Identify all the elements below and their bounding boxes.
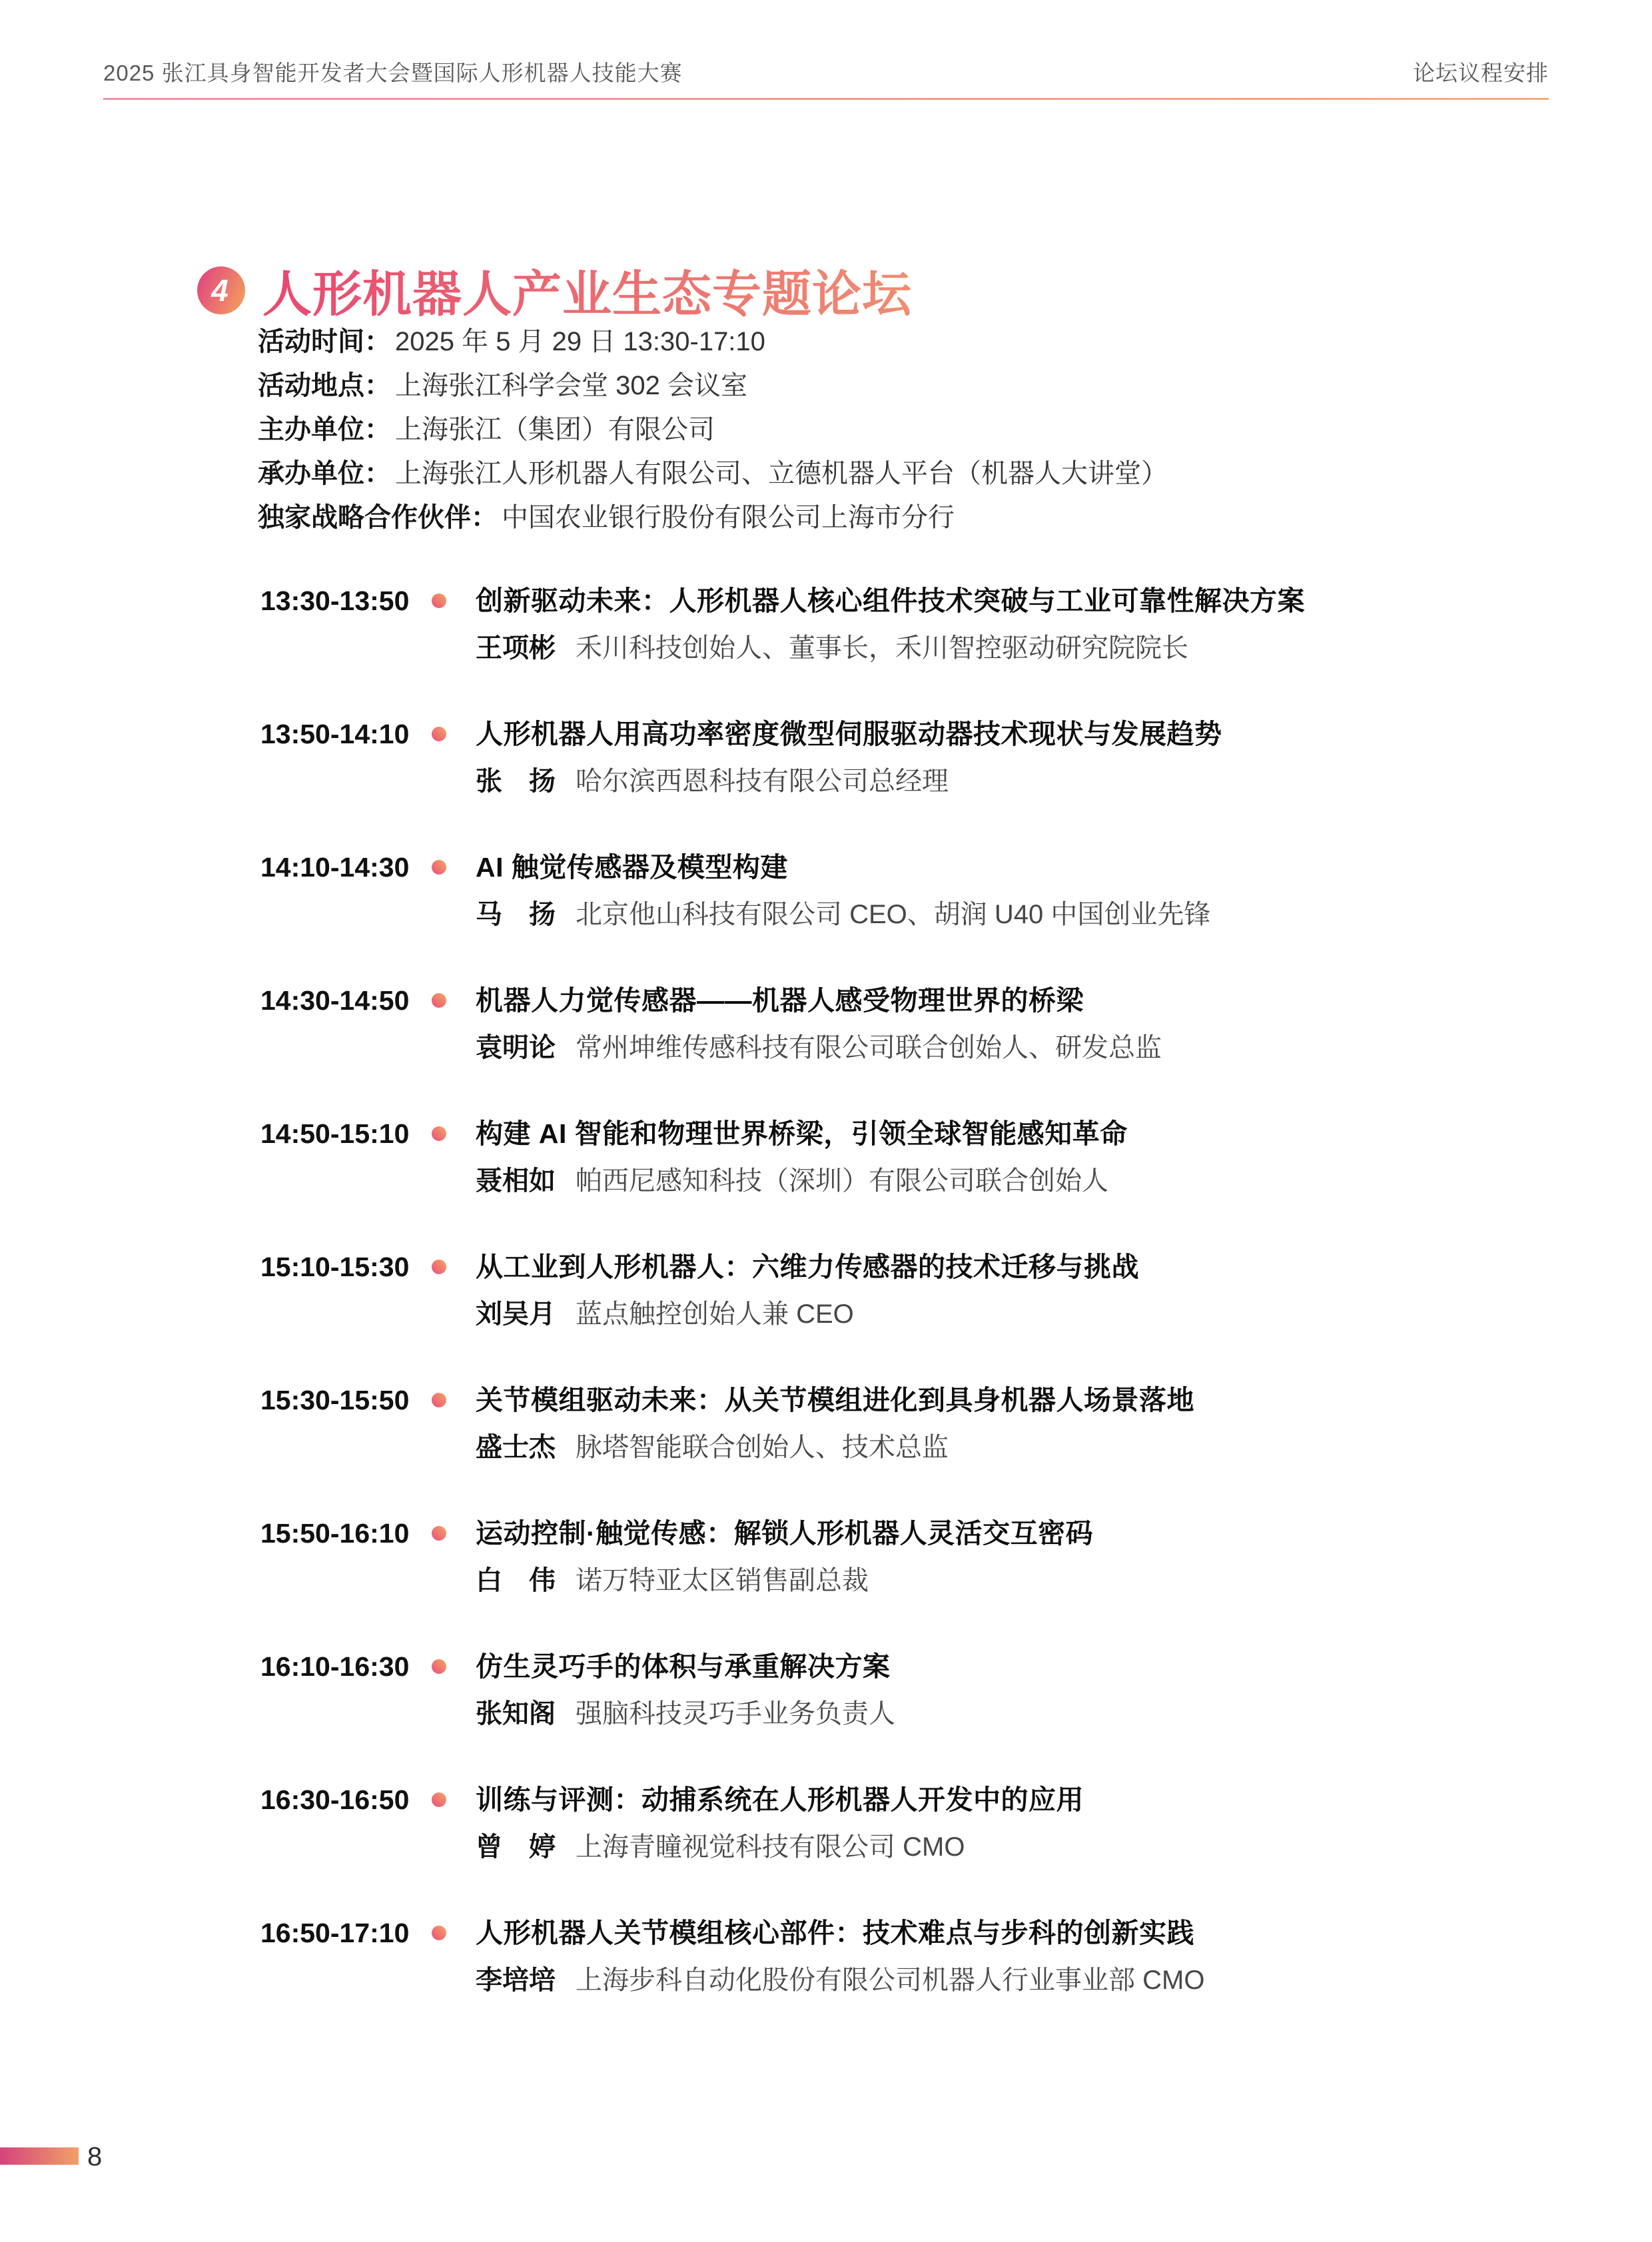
speaker-name: 聂相如 <box>476 1166 556 1196</box>
bullet-dot-icon <box>432 993 446 1008</box>
bullet-dot-icon <box>432 1659 446 1674</box>
meta-value: 2025 年 5 月 29 日 13:30-17:10 <box>395 327 765 356</box>
speaker-name: 张知阁 <box>476 1699 556 1728</box>
section-head: 4 人形机器人产业生态专题论坛 <box>197 255 912 326</box>
schedule-content: AI 触觉传感器及模型构建 马 扬北京他山科技有限公司 CEO、胡润 U40 中… <box>476 851 1210 931</box>
schedule-content: 机器人力觉传感器——机器人感受物理世界的桥梁 袁明论常州坤维传感科技有限公司联合… <box>476 984 1162 1064</box>
speaker-name: 张 扬 <box>476 767 556 796</box>
schedule-time: 13:30-13:50 <box>260 585 422 617</box>
meta-value: 中国农业银行股份有限公司上海市分行 <box>502 503 955 532</box>
page-header: 2025 张江具身智能开发者大会暨国际人形机器人技能大赛 论坛议程安排 <box>103 56 1549 100</box>
meta-label: 活动地点： <box>258 371 391 400</box>
meta-value: 上海张江人形机器人有限公司、立德机器人平台（机器人大讲堂） <box>395 459 1168 488</box>
section-number-badge: 4 <box>197 266 245 314</box>
meta-line: 活动地点：上海张江科学会堂 302 会议室 <box>258 364 1168 408</box>
schedule-content: 从工业到人形机器人：六维力传感器的技术迁移与挑战 刘吴月蓝点触控创始人兼 CEO <box>476 1251 1139 1330</box>
schedule-content: 运动控制·触觉传感：解锁人形机器人灵活交互密码 白 伟诺万特亚太区销售副总裁 <box>476 1517 1093 1597</box>
schedule-content: 人形机器人用高功率密度微型伺服驱动器技术现状与发展趋势 张 扬哈尔滨西恩科技有限… <box>476 718 1222 797</box>
talk-title: 运动控制·触觉传感：解锁人形机器人灵活交互密码 <box>476 1517 1093 1550</box>
speaker-line: 盛士杰脉塔智能联合创始人、技术总监 <box>476 1431 1194 1463</box>
speaker-name: 盛士杰 <box>476 1433 556 1462</box>
header-divider <box>103 98 1549 100</box>
meta-value: 上海张江科学会堂 302 会议室 <box>395 371 747 400</box>
schedule-time: 13:50-14:10 <box>260 718 422 751</box>
talk-title: 关节模组驱动未来：从关节模组进化到具身机器人场景落地 <box>476 1384 1194 1417</box>
header-row: 2025 张江具身智能开发者大会暨国际人形机器人技能大赛 论坛议程安排 <box>103 56 1549 87</box>
talk-title: 构建 AI 智能和物理世界桥梁，引领全球智能感知革命 <box>476 1118 1128 1150</box>
bullet-dot-icon <box>432 860 446 875</box>
schedule-time: 15:10-15:30 <box>260 1251 422 1284</box>
schedule-item: 14:30-14:50 机器人力觉传感器——机器人感受物理世界的桥梁 袁明论常州… <box>260 984 1572 1064</box>
bullet-dot-icon <box>432 1526 446 1541</box>
schedule-content: 构建 AI 智能和物理世界桥梁，引领全球智能感知革命 聂相如帕西尼感知科技（深圳… <box>476 1118 1128 1197</box>
speaker-name: 白 伟 <box>476 1566 556 1595</box>
speaker-line: 李培培上海步科自动化股份有限公司机器人行业事业部 CMO <box>476 1964 1204 1996</box>
schedule-item: 14:50-15:10 构建 AI 智能和物理世界桥梁，引领全球智能感知革命 聂… <box>260 1118 1572 1197</box>
speaker-title: 常州坤维传感科技有限公司联合创始人、研发总监 <box>576 1033 1162 1062</box>
schedule-time: 14:10-14:30 <box>260 851 422 884</box>
meta-list: 活动时间：2025 年 5 月 29 日 13:30-17:10 活动地点：上海… <box>258 320 1168 540</box>
schedule-content: 关节模组驱动未来：从关节模组进化到具身机器人场景落地 盛士杰脉塔智能联合创始人、… <box>476 1384 1194 1463</box>
schedule-item: 13:50-14:10 人形机器人用高功率密度微型伺服驱动器技术现状与发展趋势 … <box>260 718 1572 797</box>
speaker-line: 王项彬禾川科技创始人、董事长，禾川智控驱动研究院院长 <box>476 632 1305 664</box>
speaker-title: 哈尔滨西恩科技有限公司总经理 <box>576 767 949 796</box>
bullet-dot-icon <box>432 1126 446 1141</box>
speaker-line: 马 扬北京他山科技有限公司 CEO、胡润 U40 中国创业先锋 <box>476 899 1210 931</box>
speaker-title: 蓝点触控创始人兼 CEO <box>576 1300 854 1329</box>
page-number: 8 <box>87 2142 102 2172</box>
schedule-item: 16:30-16:50 训练与评测：动捕系统在人形机器人开发中的应用 曾 婷上海… <box>260 1784 1572 1863</box>
talk-title: 创新驱动未来：人形机器人核心组件技术突破与工业可靠性解决方案 <box>476 585 1305 617</box>
speaker-title: 禾川科技创始人、董事长，禾川智控驱动研究院院长 <box>576 633 1188 663</box>
speaker-name: 曾 婷 <box>476 1832 556 1862</box>
schedule-content: 训练与评测：动捕系统在人形机器人开发中的应用 曾 婷上海青瞳视觉科技有限公司 C… <box>476 1784 1084 1863</box>
speaker-line: 曾 婷上海青瞳视觉科技有限公司 CMO <box>476 1831 1084 1863</box>
schedule-time: 16:10-16:30 <box>260 1651 422 1683</box>
meta-label: 活动时间： <box>258 327 391 356</box>
bullet-dot-icon <box>432 1792 446 1807</box>
schedule-list: 13:30-13:50 创新驱动未来：人形机器人核心组件技术突破与工业可靠性解决… <box>260 585 1572 2050</box>
schedule-item: 16:10-16:30 仿生灵巧手的体积与承重解决方案 张知阁强脑科技灵巧手业务… <box>260 1651 1572 1730</box>
speaker-line: 白 伟诺万特亚太区销售副总裁 <box>476 1565 1093 1597</box>
speaker-name: 袁明论 <box>476 1033 556 1062</box>
speaker-title: 上海青瞳视觉科技有限公司 CMO <box>576 1832 965 1862</box>
talk-title: 从工业到人形机器人：六维力传感器的技术迁移与挑战 <box>476 1251 1139 1284</box>
meta-label: 独家战略合作伙伴： <box>258 503 498 532</box>
speaker-line: 张 扬哈尔滨西恩科技有限公司总经理 <box>476 765 1222 797</box>
speaker-title: 脉塔智能联合创始人、技术总监 <box>576 1433 949 1462</box>
speaker-title: 诺万特亚太区销售副总裁 <box>576 1566 869 1595</box>
bullet-dot-icon <box>432 1260 446 1274</box>
bullet-dot-icon <box>432 593 446 608</box>
meta-value: 上海张江（集团）有限公司 <box>395 415 715 444</box>
schedule-item: 15:50-16:10 运动控制·触觉传感：解锁人形机器人灵活交互密码 白 伟诺… <box>260 1517 1572 1597</box>
speaker-name: 马 扬 <box>476 900 556 929</box>
speaker-line: 聂相如帕西尼感知科技（深圳）有限公司联合创始人 <box>476 1165 1128 1197</box>
schedule-item: 15:30-15:50 关节模组驱动未来：从关节模组进化到具身机器人场景落地 盛… <box>260 1384 1572 1463</box>
bullet-dot-icon <box>432 1393 446 1407</box>
meta-line: 承办单位：上海张江人形机器人有限公司、立德机器人平台（机器人大讲堂） <box>258 452 1168 496</box>
agenda-page: 2025 张江具身智能开发者大会暨国际人形机器人技能大赛 论坛议程安排 4 人形… <box>0 0 1652 2242</box>
schedule-time: 16:30-16:50 <box>260 1784 422 1816</box>
schedule-item: 13:30-13:50 创新驱动未来：人形机器人核心组件技术突破与工业可靠性解决… <box>260 585 1572 664</box>
schedule-item: 14:10-14:30 AI 触觉传感器及模型构建 马 扬北京他山科技有限公司 … <box>260 851 1572 931</box>
section-number: 4 <box>211 272 228 308</box>
talk-title: 训练与评测：动捕系统在人形机器人开发中的应用 <box>476 1784 1084 1816</box>
speaker-title: 帕西尼感知科技（深圳）有限公司联合创始人 <box>576 1166 1108 1196</box>
meta-line: 活动时间：2025 年 5 月 29 日 13:30-17:10 <box>258 320 1168 364</box>
speaker-title: 北京他山科技有限公司 CEO、胡润 U40 中国创业先锋 <box>576 900 1210 929</box>
talk-title: 机器人力觉传感器——机器人感受物理世界的桥梁 <box>476 984 1162 1017</box>
meta-label: 承办单位： <box>258 459 391 488</box>
meta-line: 主办单位：上海张江（集团）有限公司 <box>258 408 1168 452</box>
schedule-content: 创新驱动未来：人形机器人核心组件技术突破与工业可靠性解决方案 王项彬禾川科技创始… <box>476 585 1305 664</box>
schedule-time: 16:50-17:10 <box>260 1917 422 1950</box>
header-section-label: 论坛议程安排 <box>1413 56 1549 87</box>
speaker-name: 王项彬 <box>476 633 556 663</box>
meta-label: 主办单位： <box>258 415 391 444</box>
speaker-title: 强脑科技灵巧手业务负责人 <box>576 1699 895 1728</box>
header-event-title: 2025 张江具身智能开发者大会暨国际人形机器人技能大赛 <box>103 56 683 87</box>
bullet-dot-icon <box>432 727 446 741</box>
schedule-time: 15:30-15:50 <box>260 1384 422 1417</box>
bullet-dot-icon <box>432 1926 446 1940</box>
talk-title: AI 触觉传感器及模型构建 <box>476 851 1210 884</box>
schedule-time: 14:50-15:10 <box>260 1118 422 1150</box>
schedule-content: 人形机器人关节模组核心部件：技术难点与步科的创新实践 李培培上海步科自动化股份有… <box>476 1917 1204 1996</box>
schedule-content: 仿生灵巧手的体积与承重解决方案 张知阁强脑科技灵巧手业务负责人 <box>476 1651 895 1730</box>
speaker-name: 刘吴月 <box>476 1300 556 1329</box>
speaker-line: 张知阁强脑科技灵巧手业务负责人 <box>476 1698 895 1730</box>
section-title: 人形机器人产业生态专题论坛 <box>262 255 912 326</box>
speaker-name: 李培培 <box>476 1966 556 1995</box>
schedule-item: 16:50-17:10 人形机器人关节模组核心部件：技术难点与步科的创新实践 李… <box>260 1917 1572 1996</box>
speaker-line: 刘吴月蓝点触控创始人兼 CEO <box>476 1298 1139 1330</box>
talk-title: 仿生灵巧手的体积与承重解决方案 <box>476 1651 895 1683</box>
schedule-item: 15:10-15:30 从工业到人形机器人：六维力传感器的技术迁移与挑战 刘吴月… <box>260 1251 1572 1330</box>
schedule-time: 15:50-16:10 <box>260 1517 422 1550</box>
speaker-title: 上海步科自动化股份有限公司机器人行业事业部 CMO <box>576 1966 1204 1995</box>
talk-title: 人形机器人关节模组核心部件：技术难点与步科的创新实践 <box>476 1917 1204 1950</box>
schedule-time: 14:30-14:50 <box>260 984 422 1017</box>
speaker-line: 袁明论常州坤维传感科技有限公司联合创始人、研发总监 <box>476 1032 1162 1064</box>
talk-title: 人形机器人用高功率密度微型伺服驱动器技术现状与发展趋势 <box>476 718 1222 751</box>
meta-line: 独家战略合作伙伴：中国农业银行股份有限公司上海市分行 <box>258 496 1168 540</box>
footer-accent-bar <box>0 2147 79 2165</box>
